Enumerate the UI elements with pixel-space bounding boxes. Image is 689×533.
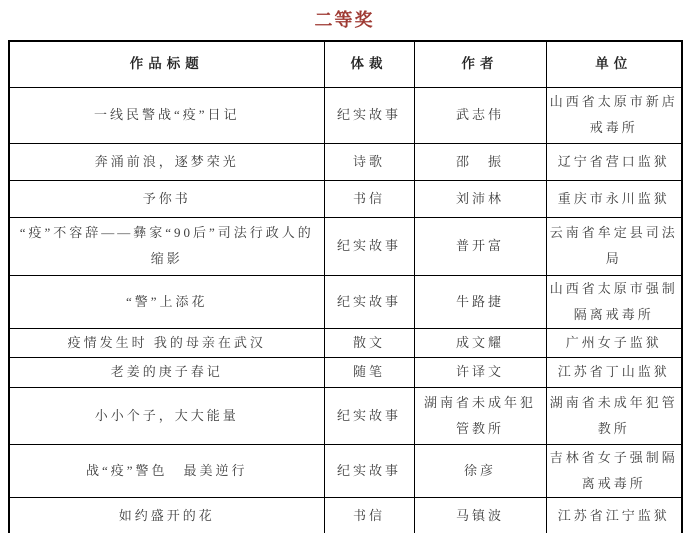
cell-unit: 云南省牟定县司法局 (546, 217, 682, 275)
cell-title: 一线民警战“疫”日记 (9, 87, 324, 143)
table-row: 战“疫”警色 最美逆行 纪实故事 徐彦 吉林省女子强制隔离戒毒所 (9, 444, 682, 497)
cell-genre: 纪实故事 (324, 275, 414, 328)
cell-title: 疫情发生时 我的母亲在武汉 (9, 328, 324, 357)
cell-title: “警”上添花 (9, 275, 324, 328)
cell-unit: 山西省太原市新店戒毒所 (546, 87, 682, 143)
cell-unit: 吉林省女子强制隔离戒毒所 (546, 444, 682, 497)
cell-title: 奔涌前浪，逐梦荣光 (9, 143, 324, 180)
cell-unit: 江苏省江宁监狱 (546, 497, 682, 533)
cell-author: 邵 振 (414, 143, 546, 180)
cell-author: 牛路捷 (414, 275, 546, 328)
cell-title: 老姜的庚子春记 (9, 357, 324, 387)
table-row: 一线民警战“疫”日记 纪实故事 武志伟 山西省太原市新店戒毒所 (9, 87, 682, 143)
cell-author: 刘沛林 (414, 180, 546, 217)
cell-genre: 书信 (324, 180, 414, 217)
cell-title: “疫”不容辞——彝家“90后”司法行政人的缩影 (9, 217, 324, 275)
cell-genre: 纪实故事 (324, 387, 414, 444)
cell-genre: 纪实故事 (324, 87, 414, 143)
table-row: “警”上添花 纪实故事 牛路捷 山西省太原市强制隔离戒毒所 (9, 275, 682, 328)
cell-title: 战“疫”警色 最美逆行 (9, 444, 324, 497)
table-row: 疫情发生时 我的母亲在武汉 散文 成文耀 广州女子监狱 (9, 328, 682, 357)
cell-genre: 诗歌 (324, 143, 414, 180)
table-row: 小小个子，大大能量 纪实故事 湖南省未成年犯管教所 湖南省未成年犯管教所 (9, 387, 682, 444)
cell-author: 徐彦 (414, 444, 546, 497)
table-row: 予你书 书信 刘沛林 重庆市永川监狱 (9, 180, 682, 217)
cell-unit: 山西省太原市强制隔离戒毒所 (546, 275, 682, 328)
column-header-genre: 体裁 (324, 41, 414, 87)
cell-unit: 辽宁省营口监狱 (546, 143, 682, 180)
awards-table: 作品标题 体裁 作者 单位 一线民警战“疫”日记 纪实故事 武志伟 山西省太原市… (8, 40, 683, 533)
cell-unit: 江苏省丁山监狱 (546, 357, 682, 387)
document-page: 二等奖 作品标题 体裁 作者 单位 一线民警战“疫”日记 纪实故事 武志伟 山西… (0, 0, 689, 533)
table-row: 老姜的庚子春记 随笔 许译文 江苏省丁山监狱 (9, 357, 682, 387)
cell-author: 湖南省未成年犯管教所 (414, 387, 546, 444)
page-title: 二等奖 (0, 0, 689, 32)
cell-author: 马镇波 (414, 497, 546, 533)
table-header-row: 作品标题 体裁 作者 单位 (9, 41, 682, 87)
cell-author: 武志伟 (414, 87, 546, 143)
cell-title: 予你书 (9, 180, 324, 217)
table-row: 奔涌前浪，逐梦荣光 诗歌 邵 振 辽宁省营口监狱 (9, 143, 682, 180)
column-header-author: 作者 (414, 41, 546, 87)
cell-author: 普开富 (414, 217, 546, 275)
cell-genre: 随笔 (324, 357, 414, 387)
cell-author: 许译文 (414, 357, 546, 387)
cell-genre: 散文 (324, 328, 414, 357)
table-row: “疫”不容辞——彝家“90后”司法行政人的缩影 纪实故事 普开富 云南省牟定县司… (9, 217, 682, 275)
cell-genre: 纪实故事 (324, 444, 414, 497)
table-row: 如约盛开的花 书信 马镇波 江苏省江宁监狱 (9, 497, 682, 533)
cell-genre: 纪实故事 (324, 217, 414, 275)
cell-unit: 重庆市永川监狱 (546, 180, 682, 217)
column-header-unit: 单位 (546, 41, 682, 87)
cell-genre: 书信 (324, 497, 414, 533)
column-header-title: 作品标题 (9, 41, 324, 87)
cell-title: 小小个子，大大能量 (9, 387, 324, 444)
cell-unit: 广州女子监狱 (546, 328, 682, 357)
cell-author: 成文耀 (414, 328, 546, 357)
cell-unit: 湖南省未成年犯管教所 (546, 387, 682, 444)
cell-title: 如约盛开的花 (9, 497, 324, 533)
